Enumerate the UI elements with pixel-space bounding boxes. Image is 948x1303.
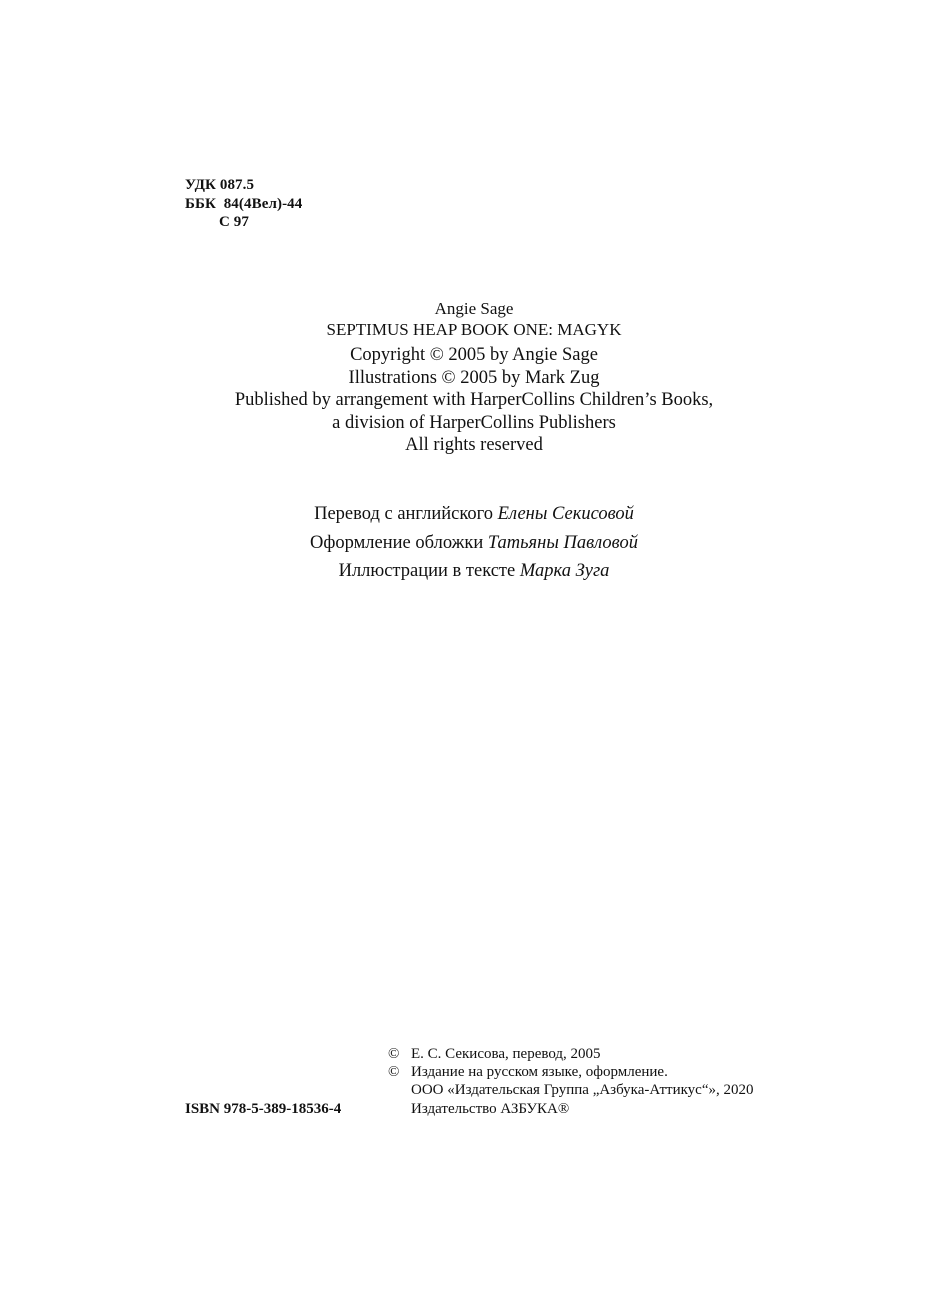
translator-credit: Перевод с английского Елены Секисовой: [0, 500, 948, 529]
copyright-mark-icon: ©: [388, 1063, 411, 1081]
cover-design-credit: Оформление обложки Татьяны Павловой: [0, 529, 948, 558]
imprint-text: ООО «Издательская Группа „Азбука-Аттикус…: [411, 1081, 754, 1099]
contributor-name: Елены Секисовой: [498, 504, 634, 524]
copyright-line: Copyright © 2005 by Angie Sage: [0, 344, 948, 367]
copyright-mark-icon: ©: [388, 1045, 411, 1063]
book-title: SEPTIMUS HEAP BOOK ONE: MAGYK: [0, 319, 948, 340]
contributor-role: Перевод с английского: [314, 504, 498, 524]
contributors: Перевод с английского Елены Секисовой Оф…: [0, 500, 948, 586]
author-mark: С 97: [185, 213, 302, 232]
imprint-text: Издание на русском языке, оформление.: [411, 1063, 668, 1081]
imprint-line: ООО «Издательская Группа „Азбука-Аттикус…: [388, 1081, 754, 1099]
contributor-name: Марка Зуга: [520, 561, 610, 581]
imprint-block: © Е. С. Секисова, перевод, 2005 © Издани…: [388, 1045, 754, 1118]
imprint-text: Е. С. Секисова, перевод, 2005: [411, 1045, 601, 1063]
isbn: ISBN 978-5-389-18536-4: [185, 1100, 341, 1118]
imprint-line: © Е. С. Секисова, перевод, 2005: [388, 1045, 754, 1063]
imprint-line: Издательство АЗБУКА®: [388, 1100, 754, 1118]
imprint-text: Издательство АЗБУКА®: [411, 1100, 569, 1118]
illustrations-line: Illustrations © 2005 by Mark Zug: [0, 367, 948, 390]
udk-code: УДК 087.5: [185, 176, 302, 195]
imprint-line: © Издание на русском языке, оформление.: [388, 1063, 754, 1081]
classification-codes: УДК 087.5 ББК 84(4Вел)-44 С 97: [185, 176, 302, 232]
copyright-page: УДК 087.5 ББК 84(4Вел)-44 С 97 Angie Sag…: [0, 0, 948, 1303]
illustrations-credit: Иллюстрации в тексте Марка Зуга: [0, 557, 948, 586]
publisher-arrangement-line: Published by arrangement with HarperColl…: [0, 389, 948, 412]
publisher-division-line: a division of HarperCollins Publishers: [0, 412, 948, 435]
original-credits: Angie Sage SEPTIMUS HEAP BOOK ONE: MAGYK…: [0, 298, 948, 457]
contributor-role: Оформление обложки: [310, 533, 488, 553]
rights-reserved-line: All rights reserved: [0, 434, 948, 457]
bbk-code: ББК 84(4Вел)-44: [185, 195, 302, 214]
author-name: Angie Sage: [0, 298, 948, 319]
contributor-role: Иллюстрации в тексте: [339, 561, 520, 581]
contributor-name: Татьяны Павловой: [488, 533, 638, 553]
